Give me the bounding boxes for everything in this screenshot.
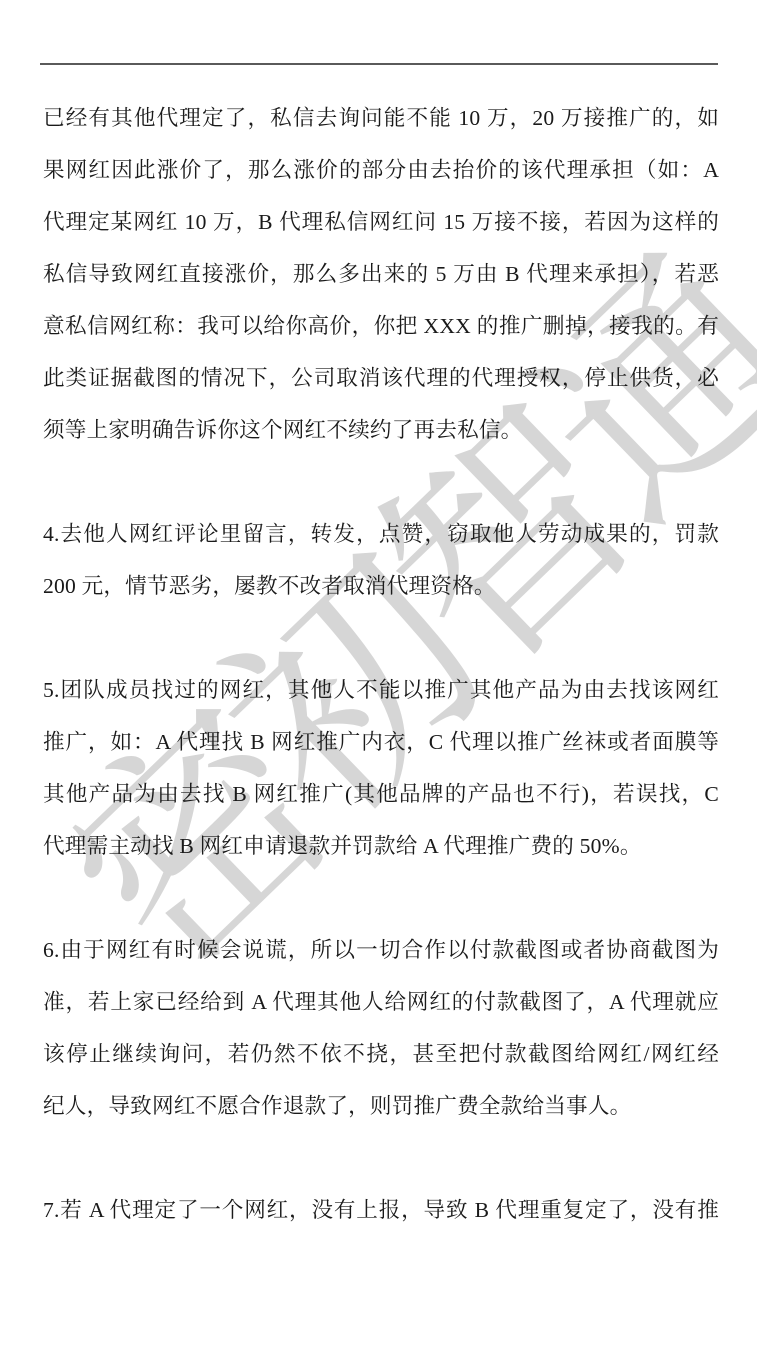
paragraph-rule-6: 6.由于网红有时候会说谎，所以一切合作以付款截图或者协商截图为 准，若上家已经给…: [43, 924, 719, 1132]
text-line: 意私信网红称：我可以给你高价，你把 XXX 的推广删掉，接我的。有: [43, 300, 719, 352]
text-line: 代理定某网红 10 万，B 代理私信网红问 15 万接不接，若因为这样的: [43, 196, 719, 248]
paragraph-spacer: [43, 872, 719, 924]
text-line: 7.若 A 代理定了一个网红，没有上报，导致 B 代理重复定了，没有推: [43, 1184, 719, 1236]
document-body: 已经有其他代理定了，私信去询问能不能 10 万，20 万接推广的，如 果网红因此…: [43, 92, 719, 1236]
text-line: 准，若上家已经给到 A 代理其他人给网红的付款截图了，A 代理就应: [43, 976, 719, 1028]
text-line: 4.去他人网红评论里留言，转发，点赞，窃取他人劳动成果的，罚款: [43, 508, 719, 560]
text-line: 果网红因此涨价了，那么涨价的部分由去抬价的该代理承担（如：A: [43, 144, 719, 196]
text-line: 推广，如：A 代理找 B 网红推广内衣，C 代理以推广丝袜或者面膜等: [43, 716, 719, 768]
text-line: 6.由于网红有时候会说谎，所以一切合作以付款截图或者协商截图为: [43, 924, 719, 976]
paragraph-spacer: [43, 612, 719, 664]
text-line: 代理需主动找 B 网红申请退款并罚款给 A 代理推广费的 50%。: [43, 820, 719, 872]
text-line: 该停止继续询问，若仍然不依不挠，甚至把付款截图给网红/网红经: [43, 1028, 719, 1080]
paragraph-spacer: [43, 456, 719, 508]
paragraph-rule-4: 4.去他人网红评论里留言，转发，点赞，窃取他人劳动成果的，罚款 200 元，情节…: [43, 508, 719, 612]
text-line: 5.团队成员找过的网红，其他人不能以推广其他产品为由去找该网红: [43, 664, 719, 716]
text-line: 200 元，情节恶劣，屡教不改者取消代理资格。: [43, 560, 719, 612]
text-line: 私信导致网红直接涨价，那么多出来的 5 万由 B 代理来承担），若恶: [43, 248, 719, 300]
text-line: 此类证据截图的情况下，公司取消该代理的代理授权，停止供货，必: [43, 352, 719, 404]
text-line: 其他产品为由去找 B 网红推广(其他品牌的产品也不行)，若误找，C: [43, 768, 719, 820]
paragraph-spacer: [43, 1132, 719, 1184]
document-page: 密初智通 已经有其他代理定了，私信去询问能不能 10 万，20 万接推广的，如 …: [0, 0, 757, 1346]
text-line: 须等上家明确告诉你这个网红不续约了再去私信。: [43, 404, 719, 456]
header-divider: [40, 63, 718, 65]
text-line: 纪人，导致网红不愿合作退款了，则罚推广费全款给当事人。: [43, 1080, 719, 1132]
text-line: 已经有其他代理定了，私信去询问能不能 10 万，20 万接推广的，如: [43, 92, 719, 144]
paragraph-rule-5: 5.团队成员找过的网红，其他人不能以推广其他产品为由去找该网红 推广，如：A 代…: [43, 664, 719, 872]
paragraph-rule-7: 7.若 A 代理定了一个网红，没有上报，导致 B 代理重复定了，没有推: [43, 1184, 719, 1236]
paragraph-continued: 已经有其他代理定了，私信去询问能不能 10 万，20 万接推广的，如 果网红因此…: [43, 92, 719, 456]
